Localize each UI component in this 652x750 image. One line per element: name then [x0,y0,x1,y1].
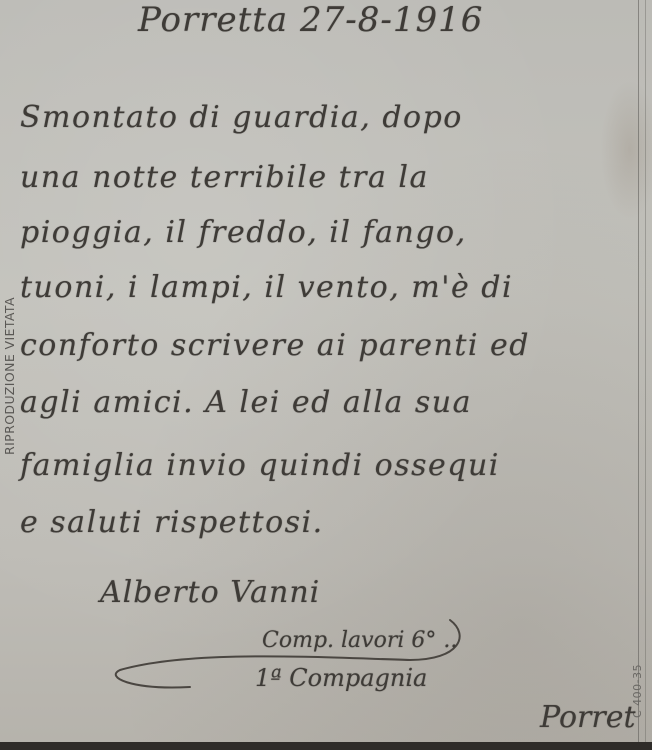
body-line: tuoni, i lampi, il vento, m'è di [20,270,513,305]
body-line: e saluti rispettosi. [20,505,324,540]
body-line: Smontato di guardia, dopo [20,100,463,135]
body-line: famiglia invio quindi ossequi [20,448,500,483]
reproduction-notice: RIPRODUZIONE VIETATA [2,297,17,455]
signature-name: Alberto Vanni [100,575,320,610]
date-header: Porretta 27-8-1916 [138,0,483,40]
unit-line-1: Comp. lavori 6° .. [262,628,457,653]
card-edge-line [638,0,639,742]
body-line: agli amici. A lei ed alla sua [20,385,472,420]
signature-place: Porret [540,700,636,735]
unit-line-2: 1ª Compagnia [255,664,427,692]
body-line: una notte terribile tra la [20,160,429,195]
postcard: RIPRODUZIONE VIETATA C 400-35 Porretta 2… [0,0,652,742]
body-line: conforto scrivere ai parenti ed [20,328,530,363]
body-line: pioggia, il freddo, il fango, [20,215,467,250]
card-edge-line [645,0,646,742]
